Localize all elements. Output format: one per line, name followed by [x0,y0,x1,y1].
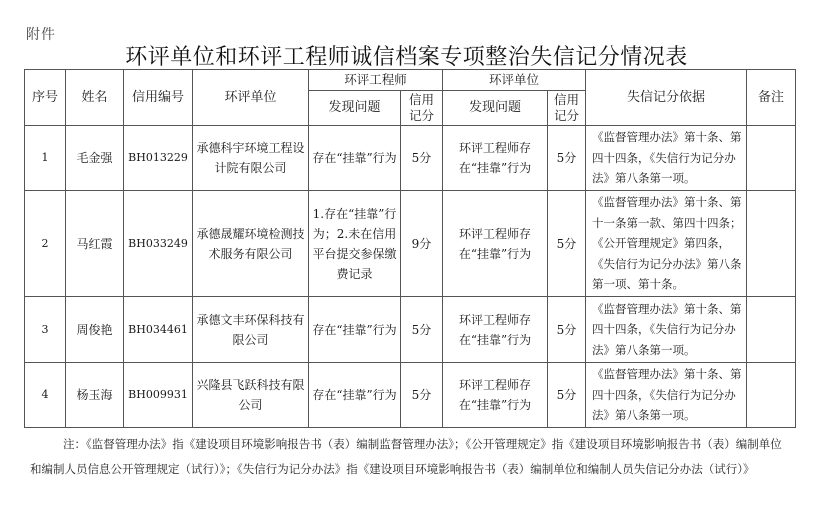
cell-basis: 《监督管理办法》第十条、第四十四条，《失信行为记分办法》第八条第一项。 [586,363,747,428]
cell-engineer-score: 9分 [401,191,443,297]
cell-basis: 《监督管理办法》第十条、第四十四条，《失信行为记分办法》第八条第一项。 [586,126,747,191]
cell-remark [747,363,796,428]
table-row: 1 毛金强 BH013229 承德科宇环境工程设计院有限公司 存在“挂靠”行为 … [25,126,796,191]
cell-basis: 《监督管理办法》第十条、第四十四条，《失信行为记分办法》第八条第一项。 [586,297,747,363]
cell-name: 毛金强 [66,126,124,191]
cell-seq: 2 [25,191,66,297]
header-seq: 序号 [25,70,66,126]
cell-unit: 承德文丰环保科技有限公司 [193,297,309,363]
cell-remark [747,297,796,363]
cell-engineer-issue: 存在“挂靠”行为 [309,363,401,428]
cell-engineer-issue: 存在“挂靠”行为 [309,297,401,363]
table-row: 4 杨玉海 BH009931 兴隆县飞跃科技有限公司 存在“挂靠”行为 5分 环… [25,363,796,428]
cell-seq: 4 [25,363,66,428]
cell-unit: 承德晟耀环境检测技术服务有限公司 [193,191,309,297]
cell-basis: 《监督管理办法》第十条、第十一条第一款、第四十四条；《公开管理规定》第四条，《失… [586,191,747,297]
header-credit-code: 信用编号 [124,70,193,126]
cell-unit-score: 5分 [548,363,586,428]
cell-name: 马红霞 [66,191,124,297]
cell-unit-score: 5分 [548,126,586,191]
cell-unit: 承德科宇环境工程设计院有限公司 [193,126,309,191]
cell-credit-code: BH013229 [124,126,193,191]
header-unit-score: 信用记分 [548,91,586,126]
cell-name: 周俊艳 [66,297,124,363]
cell-credit-code: BH033249 [124,191,193,297]
table-row: 3 周俊艳 BH034461 承德文丰环保科技有限公司 存在“挂靠”行为 5分 … [25,297,796,363]
cell-seq: 1 [25,126,66,191]
header-unit: 环评单位 [193,70,309,126]
cell-engineer-issue: 存在“挂靠”行为 [309,126,401,191]
cell-unit-issue: 环评工程师存在“挂靠”行为 [443,191,548,297]
cell-remark [747,126,796,191]
cell-engineer-score: 5分 [401,363,443,428]
header-unit-issue: 发现问题 [443,91,548,126]
header-unit-group: 环评单位 [443,70,586,91]
cell-unit-issue: 环评工程师存在“挂靠”行为 [443,363,548,428]
cell-unit-issue: 环评工程师存在“挂靠”行为 [443,297,548,363]
cell-remark [747,191,796,297]
cell-credit-code: BH034461 [124,297,193,363]
cell-credit-code: BH009931 [124,363,193,428]
cell-unit-score: 5分 [548,191,586,297]
cell-seq: 3 [25,297,66,363]
cell-unit-score: 5分 [548,297,586,363]
header-engineer-score: 信用记分 [401,91,443,126]
cell-name: 杨玉海 [66,363,124,428]
footnote: 注：《监督管理办法》指《建设项目环境影响报告书（表）编制监督管理办法》；《公开管… [30,432,790,482]
header-engineer-issue: 发现问题 [309,91,401,126]
header-name: 姓名 [66,70,124,126]
cell-unit-issue: 环评工程师存在“挂靠”行为 [443,126,548,191]
table-row: 2 马红霞 BH033249 承德晟耀环境检测技术服务有限公司 1.存在“挂靠”… [25,191,796,297]
header-basis: 失信记分依据 [586,70,747,126]
header-remark: 备注 [747,70,796,126]
cell-engineer-score: 5分 [401,297,443,363]
page-title: 环评单位和环评工程师诚信档案专项整治失信记分情况表 [0,40,813,71]
cell-engineer-score: 5分 [401,126,443,191]
credit-score-table: 序号 姓名 信用编号 环评单位 环评工程师 环评单位 失信记分依据 备注 发现问… [24,69,796,428]
cell-engineer-issue: 1.存在“挂靠”行为；2.未在信用平台提交参保缴费记录 [309,191,401,297]
cell-unit: 兴隆县飞跃科技有限公司 [193,363,309,428]
header-engineer-group: 环评工程师 [309,70,443,91]
